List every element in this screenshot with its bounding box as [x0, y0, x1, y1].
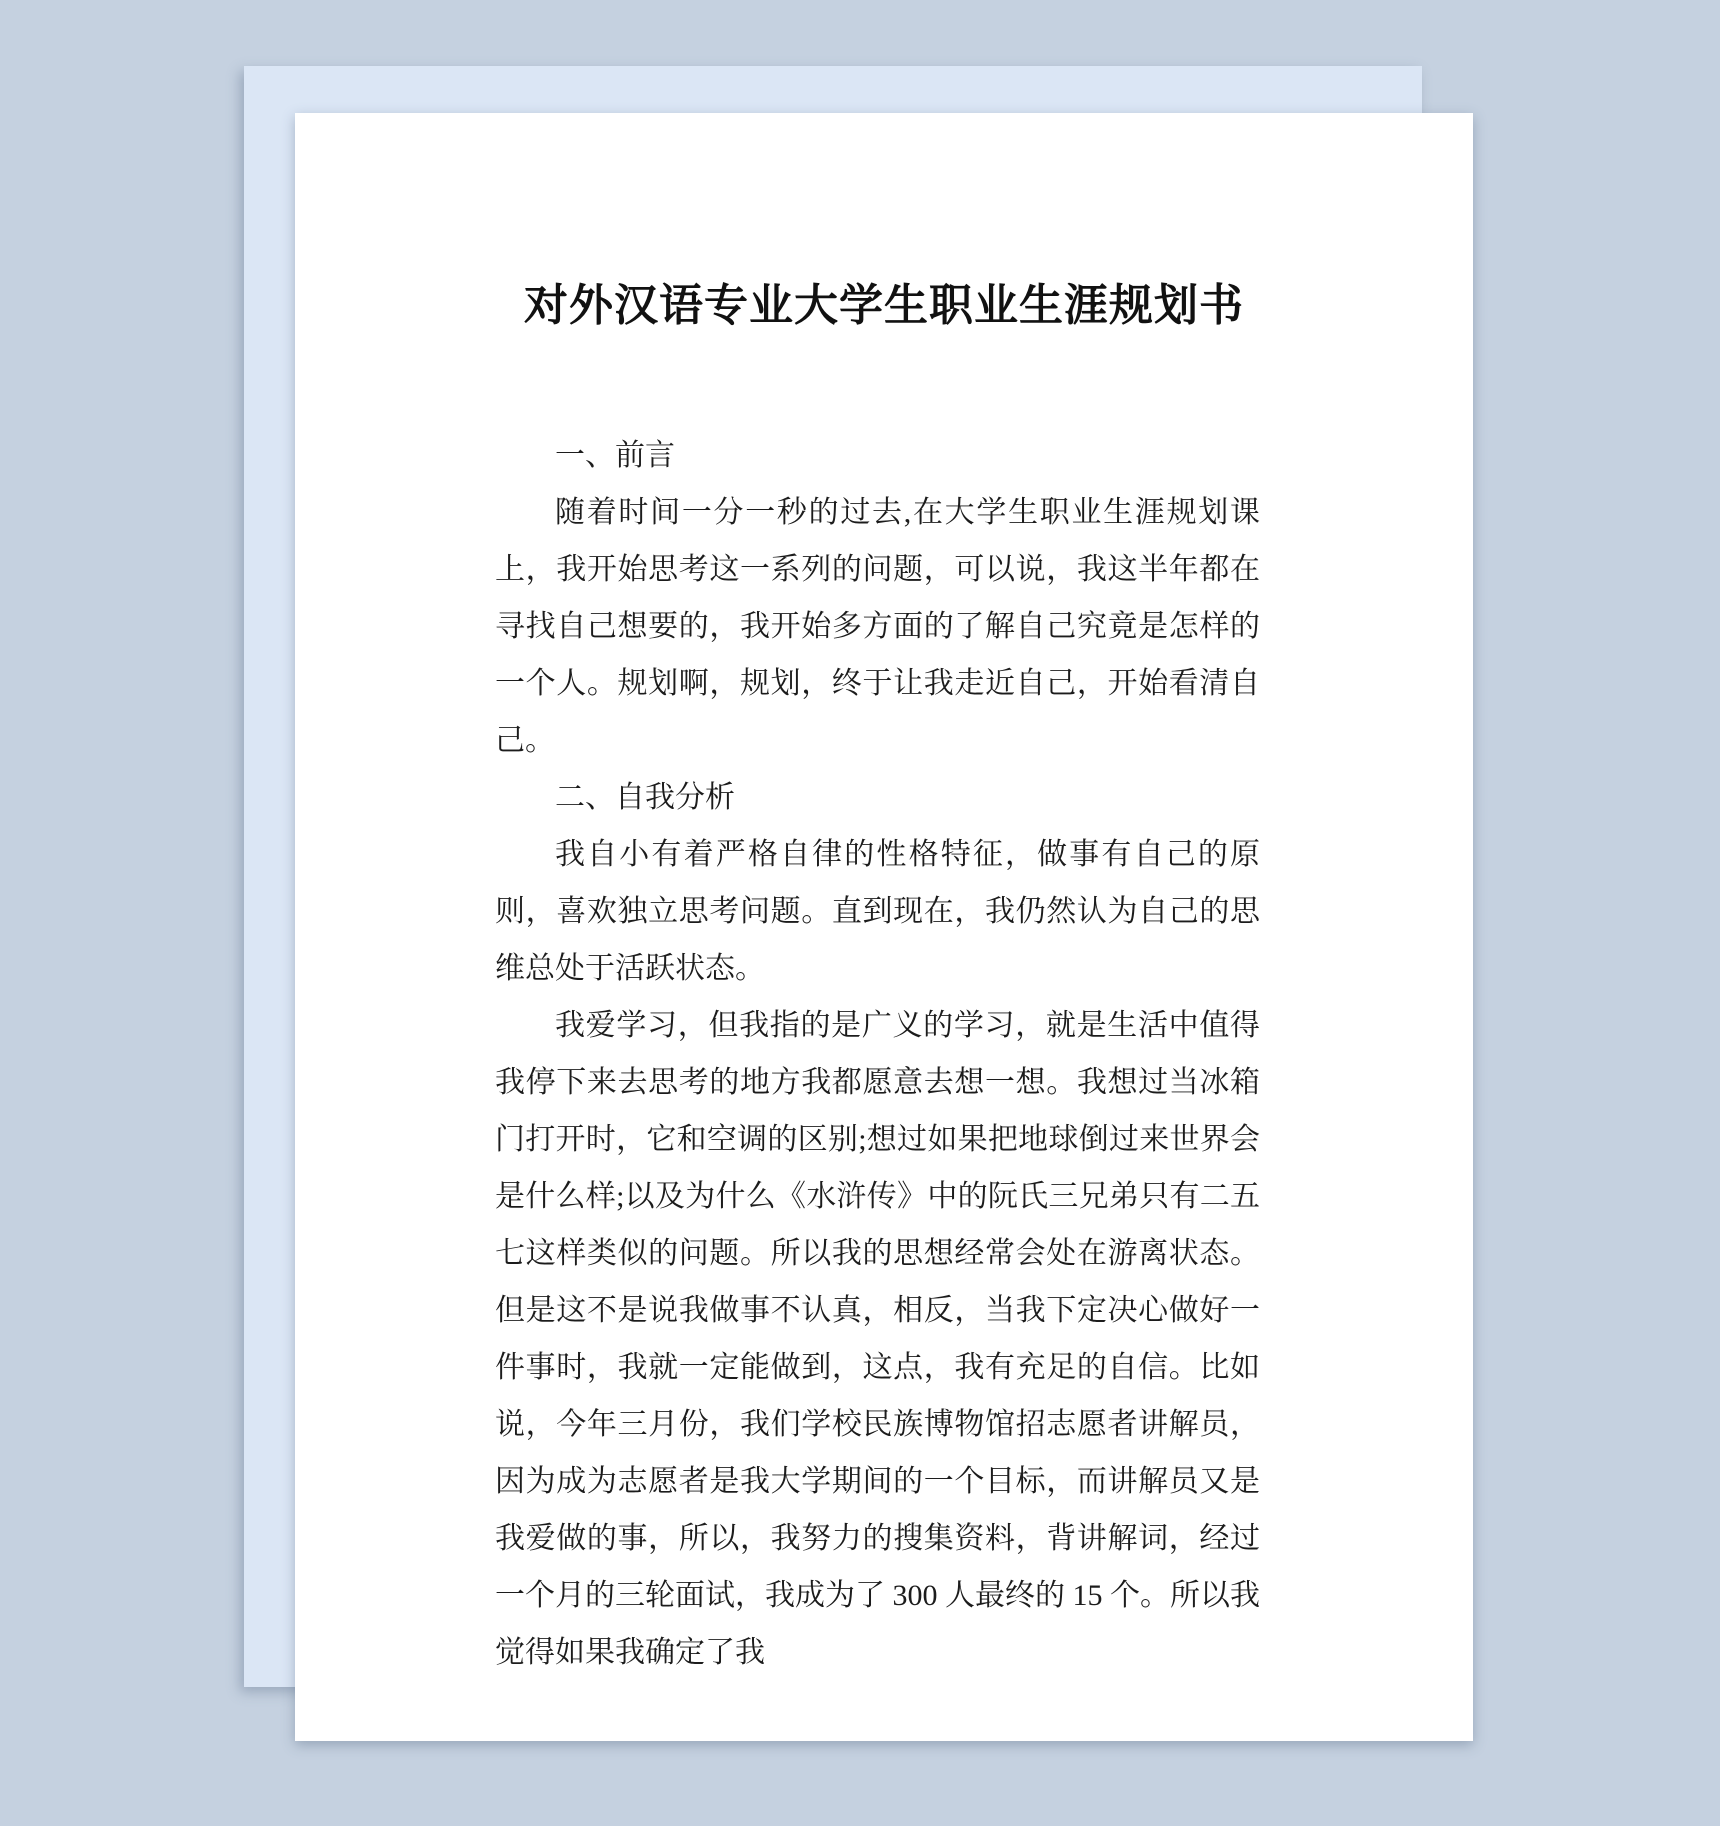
paragraph-self-analysis-1: 我自小有着严格自律的性格特征，做事有自己的原则，喜欢独立思考问题。直到现在，我仍…: [495, 826, 1260, 997]
document-body: 一、前言 随着时间一分一秒的过去,在大学生职业生涯规划课上，我开始思考这一系列的…: [495, 427, 1260, 1681]
document-title: 对外汉语专业大学生职业生涯规划书: [295, 280, 1473, 333]
paragraph-self-analysis-2: 我爱学习，但我指的是广义的学习，就是生活中值得我停下来去思考的地方我都愿意去想一…: [495, 997, 1260, 1681]
desk-background: 对外汉语专业大学生职业生涯规划书 一、前言 随着时间一分一秒的过去,在大学生职业…: [0, 0, 1720, 1826]
section-heading-self-analysis: 二、自我分析: [495, 769, 1260, 826]
document-page: 对外汉语专业大学生职业生涯规划书 一、前言 随着时间一分一秒的过去,在大学生职业…: [295, 113, 1473, 1741]
paragraph-preface: 随着时间一分一秒的过去,在大学生职业生涯规划课上，我开始思考这一系列的问题，可以…: [495, 484, 1260, 769]
section-heading-preface: 一、前言: [495, 427, 1260, 484]
